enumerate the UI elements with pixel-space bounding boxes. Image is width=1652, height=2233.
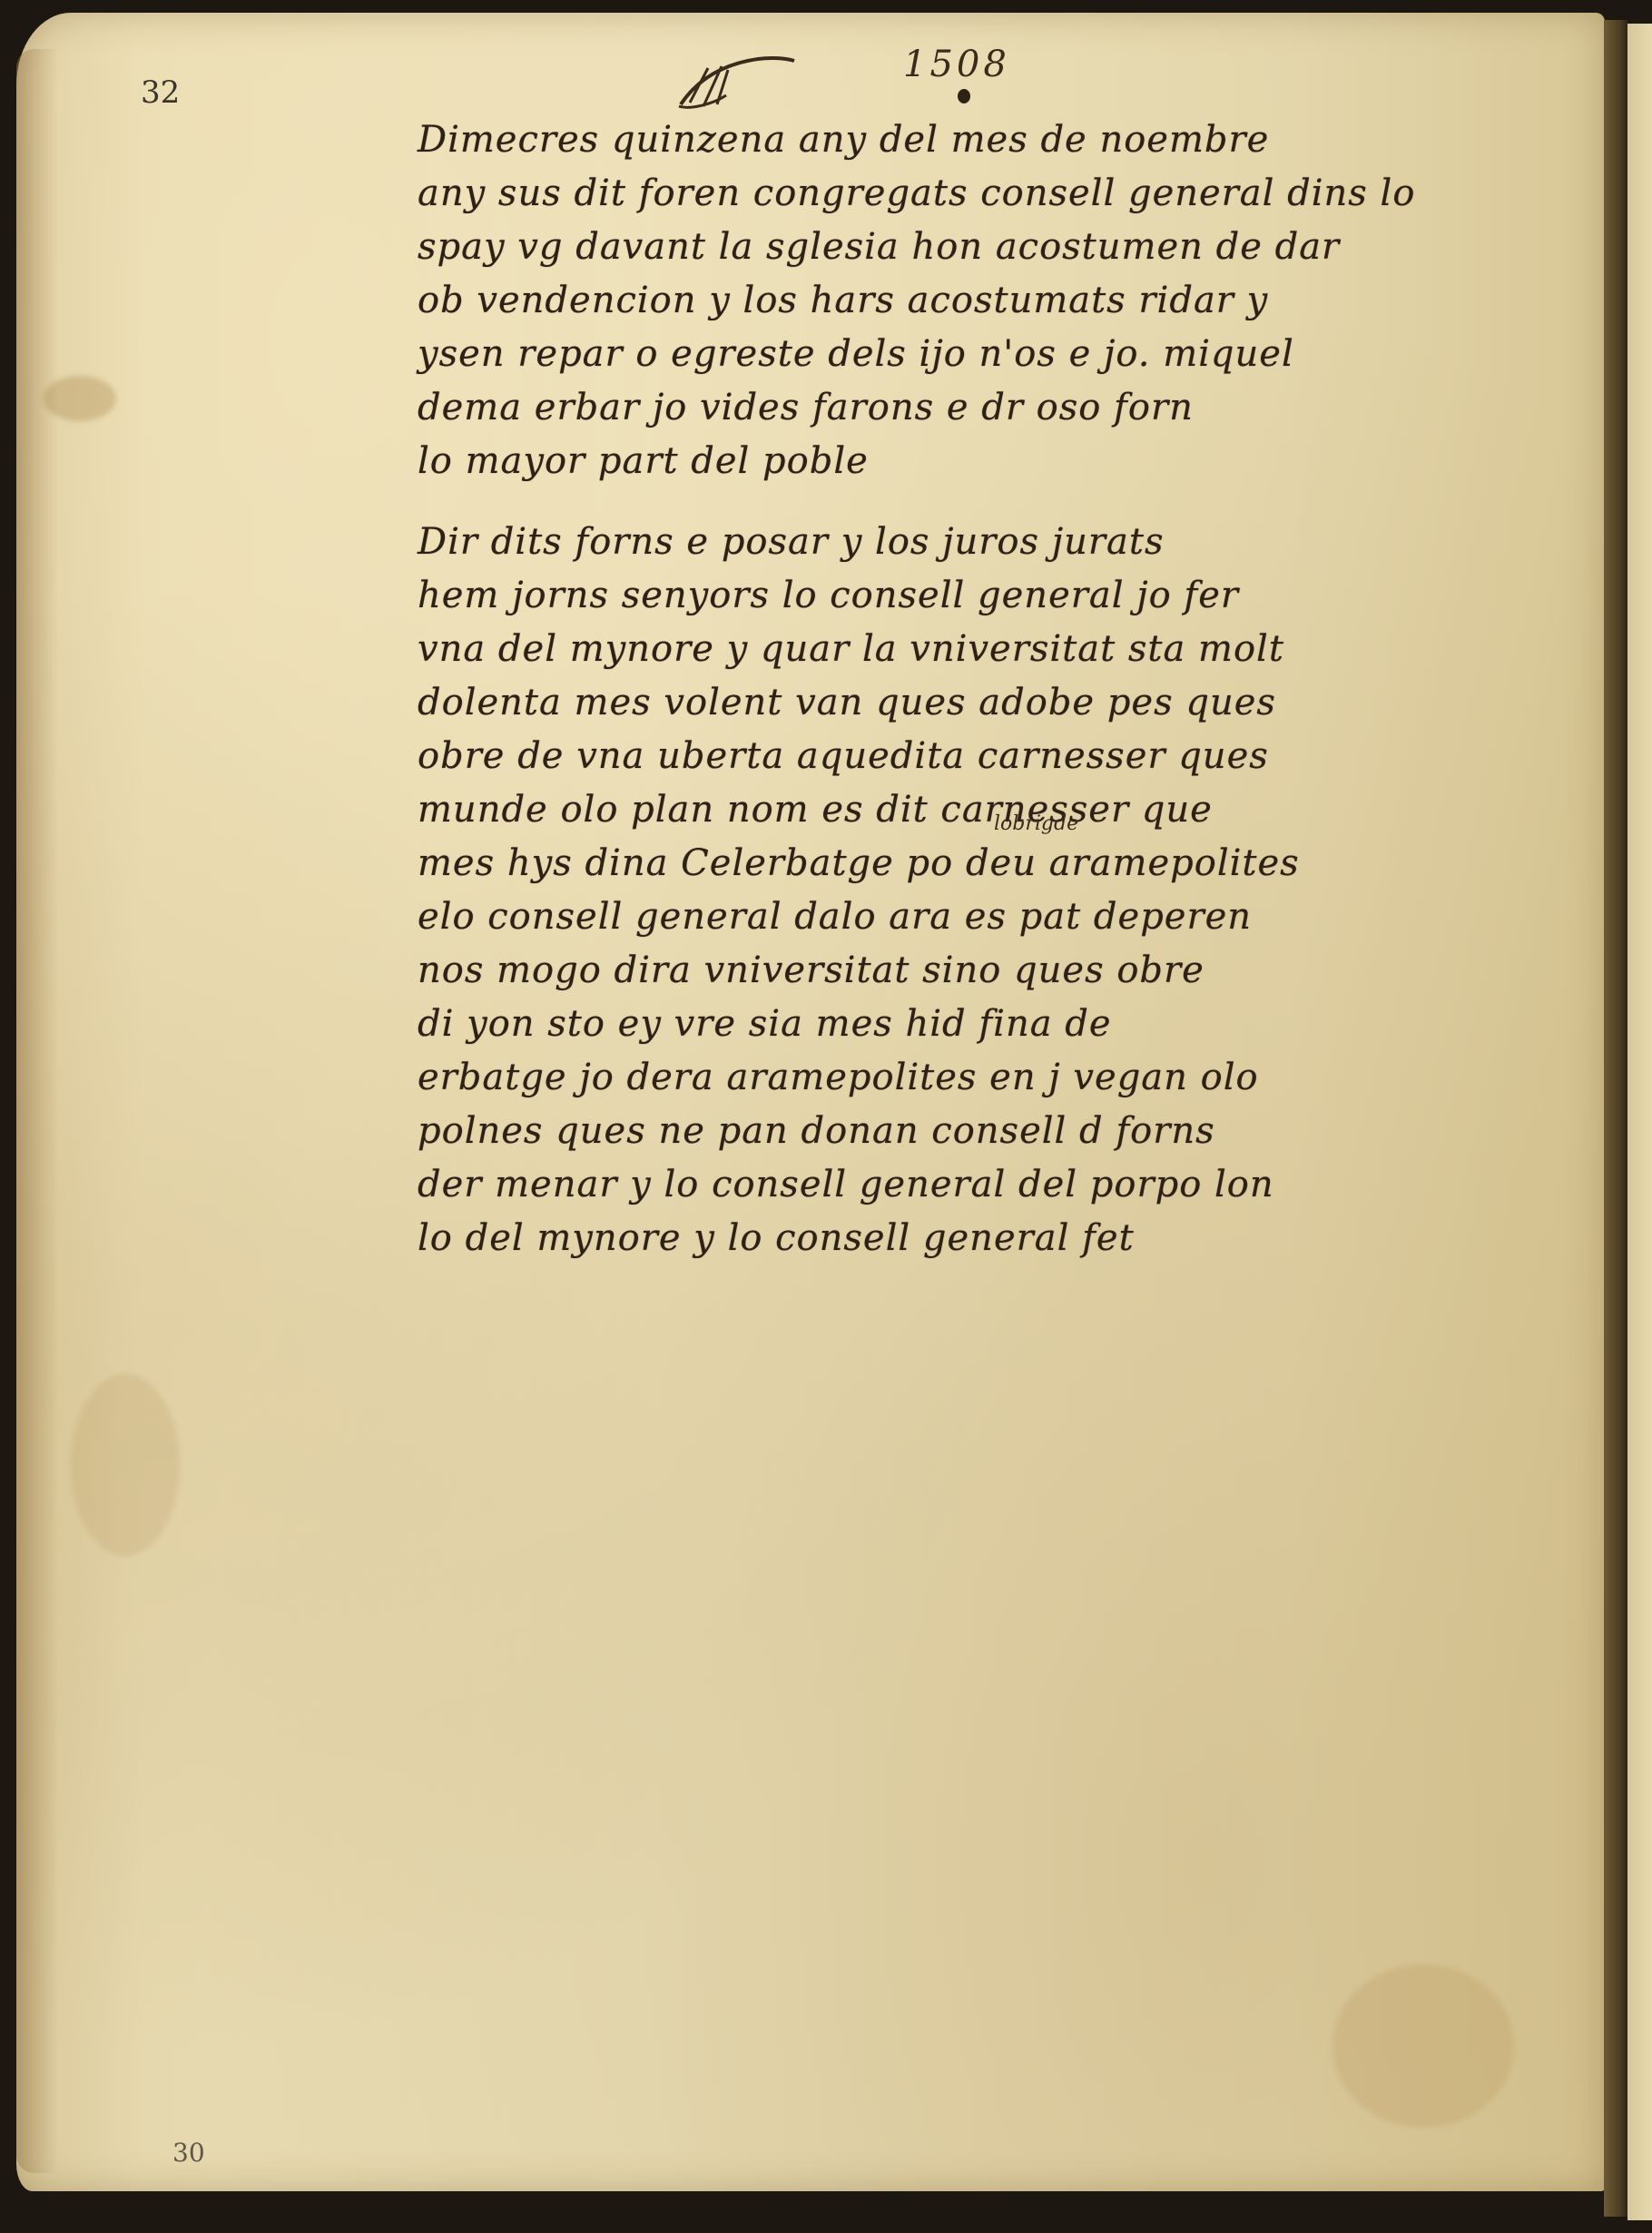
text-line: any sus dit foren congregats consell gen… — [418, 167, 1489, 221]
text-line: mes hys dina Celerbatge po deu aramepoli… — [418, 837, 1489, 890]
text-line: elo consell general dalo ara es pat depe… — [418, 890, 1489, 944]
folio-number-bottom: 30 — [172, 2138, 205, 2168]
worn-page-edge — [16, 49, 58, 2173]
text-line: Dimecres quinzena any del mes de noembre — [418, 113, 1489, 167]
facing-page-edge — [1627, 24, 1652, 2220]
text-line: spay vg davant la sglesia hon acostumen … — [418, 221, 1489, 274]
text-line: vna del mynore y quar la vniversitat sta… — [418, 623, 1489, 676]
text-line: lo mayor part del poble — [418, 435, 1489, 488]
manuscript-text: Dimecres quinzena any del mes de noembre… — [418, 113, 1489, 1265]
folio-number-top: 32 — [141, 74, 180, 111]
text-line: ob vendencion y los hars acostumats rida… — [418, 274, 1489, 328]
text-line: obre de vna uberta aquedita carnesser qu… — [418, 730, 1489, 783]
stain — [71, 1374, 180, 1556]
text-line: dolenta mes volent van ques adobe pes qu… — [418, 676, 1489, 730]
text-line: munde olo plan nom es dit carnesser que — [418, 783, 1489, 837]
paragraph-1: Dimecres quinzena any del mes de noembre… — [418, 113, 1489, 488]
stain — [44, 376, 116, 421]
text-line: di yon sto ey vre sia mes hid fina de — [418, 998, 1489, 1051]
stain — [1332, 1964, 1514, 2128]
text-line: hem jorns senyors lo consell general jo … — [418, 569, 1489, 623]
text-line: nos mogo dira vniversitat sino ques obre — [418, 944, 1489, 998]
interlinear-insertion: lobrigde — [994, 812, 1078, 835]
text-line: dema erbar jo vides farons e dr oso forn — [418, 381, 1489, 435]
header-year: 1508 — [903, 44, 1010, 85]
notarial-flourish-icon — [672, 50, 799, 113]
text-line: Dir dits forns e posar y los juros jurat… — [418, 516, 1489, 569]
text-line: polnes ques ne pan donan consell d forns — [418, 1105, 1489, 1158]
paragraph-2: Dir dits forns e posar y los juros jurat… — [418, 516, 1489, 1265]
manuscript-scan: 32 1508 Dimecres quinzena any del mes de… — [0, 0, 1652, 2233]
text-line: lo del mynore y lo consell general fet — [418, 1212, 1489, 1265]
ink-blot — [958, 89, 970, 103]
text-line: ysen repar o egreste dels ijo n'os e jo.… — [418, 328, 1489, 381]
binding-gutter — [1604, 20, 1627, 2217]
text-line: der menar y lo consell general del porpo… — [418, 1158, 1489, 1212]
text-line: erbatge jo dera aramepolites en j vegan … — [418, 1051, 1489, 1105]
